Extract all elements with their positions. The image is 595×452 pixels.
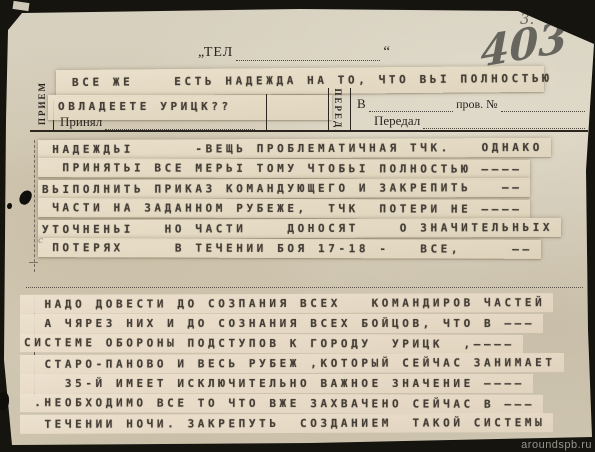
torn-edge-notch [0,392,9,410]
tel-label: „ТЕЛ [198,45,233,61]
left-margin-rule [34,140,35,272]
form-divider [328,88,329,131]
typed-line: УТОЧНЕНЬІ НО ЧАСТИ ДОНОСЯТ О ЗНАЧИТЕЛЬНЬ… [38,218,561,239]
typed-line: НАДО ДОВЕСТИ ДО СОЗПАНИЯ ВСЕХ КОМАНДИРОВ… [20,293,553,314]
typed-line: ТЕЧЕНИИ НОЧИ. ЗАКРЕПУТЬ СОЗДАНИЕМ ТАКОЙ … [20,413,553,434]
header-bottom-rule [30,130,588,132]
tel-leader-line [236,49,380,61]
tel-header-line: „ТЕЛ “ [198,44,390,61]
to-label: В [357,96,366,112]
watermark: aroundspb.ru [521,439,592,451]
received-by-blank [105,118,255,130]
typed-line: ПРИНЯТЬІ ВСЕ МЕРЬІ ТОМУ ЧТОБЬІ ПОЛНОСТЬЮ… [38,158,531,179]
telegram-scan: 3. 403 „ТЕЛ “ ПРИЕМ ВСЕ ЖЕ ЕСТЬ НАДЕЖДА … [0,0,595,452]
telegram-paper: 3. 403 „ТЕЛ “ ПРИЕМ ВСЕ ЖЕ ЕСТЬ НАДЕЖДА … [0,0,595,452]
transmitted-by-blank [423,117,585,129]
pasted-question-strip: ВСЕ ЖЕ ЕСТЬ НАДЕЖДА НА ТО, ЧТО ВЬІ ПОЛНО… [56,66,544,96]
typed-line: А ЧЯРЕЗ НИХ И ДО СОЗНАНИЯ ВСЕХ БОЙЦОВ, Ч… [20,314,543,333]
tel-close-quote: “ [383,44,390,61]
ink-blot [7,203,12,209]
typed-line: 35-Й ИМЕЕТ ИСКЛЮЧИТЕЛЬНО ВАЖНОЕ ЗНАЧЕНИЕ… [20,374,533,393]
typed-line: НАДЕЖДЬІ -ВЕЩЬ ПРОБЛЕМАТИЧНАЯ ТЧК. ОДНАК… [38,138,551,159]
form-divider [266,94,267,131]
transmitted-by-row: Передал [374,113,588,129]
wire-number-blank [501,100,585,112]
wire-number-label: пров. № [456,97,498,112]
pasted-question-text: ОВЛАДЕЕТЕ УРИЦК?? [58,100,232,113]
receive-column-label: ПРИЕМ [37,75,47,131]
typed-line: ЧАСТИ НА ЗАДАННОМ РУБЕЖЕ, ТЧК ПОТЕРИ НЕ … [38,198,531,219]
pencil-mark: с [38,236,43,246]
directive-message-block: НАДО ДОВЕСТИ ДО СОЗПАНИЯ ВСЕХ КОМАНДИРОВ… [20,294,564,434]
form-divider [350,88,351,131]
to-wire-row: В пров. № [357,96,588,112]
typed-line: ПОТЕРЯХ В ТЕЧЕНИИ БОЯ 17-18 - ВСЕ, —— [38,238,541,259]
typed-line: ВЬІПОЛНИТЬ ПРИКАЗ КОМАНДУЮЩЕГО И ЗАКРЕПИ… [38,178,531,199]
to-blank [369,100,453,112]
received-by-row: Принял [60,114,258,130]
pasted-question-text: ВСЕ ЖЕ ЕСТЬ НАДЕЖДА НА ТО, ЧТО ВЬІ ПОЛНО… [72,72,553,89]
typed-line: СИСТЕМЕ ОБОРОНЫ ПОДСТУПОВ К ГОРОДУ УРИЦК… [20,333,523,354]
received-by-label: Принял [60,114,102,130]
paper-chip [13,1,30,11]
ink-blot [17,188,33,206]
reply-message-block: НАДЕЖДЬІ -ВЕЩЬ ПРОБЛЕМАТИЧНАЯ ТЧК. ОДНАК… [38,139,561,259]
pencil-mark [29,262,38,263]
typed-line: СТАРО-ПАНОВО И ВЕСЬ РУБЕЖ ,КОТОРЫЙ СЕЙЧА… [20,353,564,374]
section-separator [26,287,583,288]
typed-line: .НЕОБХОДИМО ВСЕ ТО ЧТО ВЖЕ ЗАХВАЧЕНО СЕЙ… [20,393,543,414]
transmitted-by-label: Передал [374,113,420,129]
